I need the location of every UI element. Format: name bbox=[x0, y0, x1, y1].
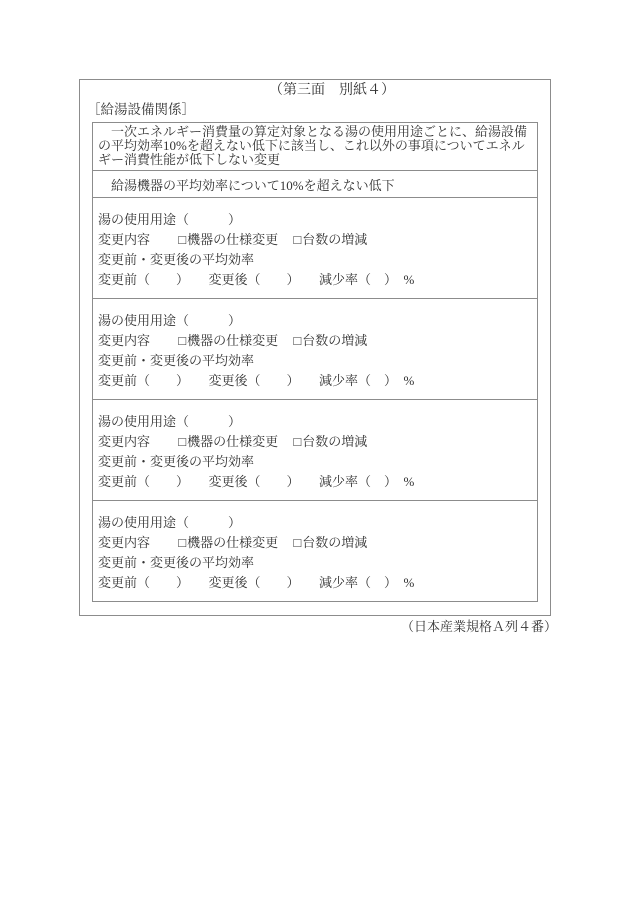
values-line: 変更前（ ） 変更後（ ） 減少率（ ） % bbox=[98, 573, 531, 593]
form-outer-box: （第三面 別紙４） ［給湯設備関係］ 一次エネルギー消費量の算定対象となる湯の使… bbox=[79, 79, 551, 616]
checkbox-icon: □ bbox=[293, 434, 301, 449]
checkbox-option-label: 台数の増減 bbox=[302, 232, 367, 247]
subheading-row: 給湯機器の平均効率について10%を超えない低下 bbox=[93, 171, 537, 198]
checkbox-option-label: 機器の仕様変更 bbox=[187, 535, 278, 550]
change-entry-block: 湯の使用用途（ ） 変更内容 □機器の仕様変更 □台数の増減 変更前・変更後の平… bbox=[93, 501, 537, 601]
efficiency-line: 変更前・変更後の平均効率 bbox=[98, 250, 531, 270]
checkbox-icon: □ bbox=[293, 232, 301, 247]
checkbox-icon: □ bbox=[178, 333, 186, 348]
efficiency-line: 変更前・変更後の平均効率 bbox=[98, 452, 531, 472]
change-content-line: 変更内容 □機器の仕様変更 □台数の増減 bbox=[98, 331, 531, 351]
change-entry-block: 湯の使用用途（ ） 変更内容 □機器の仕様変更 □台数の増減 変更前・変更後の平… bbox=[93, 198, 537, 299]
values-line: 変更前（ ） 変更後（ ） 減少率（ ） % bbox=[98, 472, 531, 492]
checkbox-option-unit-count: □台数の増減 bbox=[293, 333, 367, 348]
checkbox-option-unit-count: □台数の増減 bbox=[293, 434, 367, 449]
checkbox-option-unit-count: □台数の増減 bbox=[293, 232, 367, 247]
paper-size-note: （日本産業規格Ａ列４番） bbox=[401, 619, 557, 634]
change-table: 一次エネルギー消費量の算定対象となる湯の使用用途ごとに、給湯設備の平均効率10%… bbox=[92, 122, 538, 602]
checkbox-option-spec-change: □機器の仕様変更 bbox=[178, 232, 278, 247]
checkbox-option-spec-change: □機器の仕様変更 bbox=[178, 434, 278, 449]
efficiency-line: 変更前・変更後の平均効率 bbox=[98, 351, 531, 371]
usage-line: 湯の使用用途（ ） bbox=[98, 311, 531, 331]
description-row: 一次エネルギー消費量の算定対象となる湯の使用用途ごとに、給湯設備の平均効率10%… bbox=[93, 123, 537, 171]
change-content-label: 変更内容 bbox=[98, 535, 150, 550]
page-title: （第三面 別紙４） bbox=[80, 80, 550, 99]
change-content-line: 変更内容 □機器の仕様変更 □台数の増減 bbox=[98, 432, 531, 452]
checkbox-option-spec-change: □機器の仕様変更 bbox=[178, 535, 278, 550]
section-label: ［給湯設備関係］ bbox=[87, 102, 550, 118]
change-content-label: 変更内容 bbox=[98, 434, 150, 449]
change-entry-block: 湯の使用用途（ ） 変更内容 □機器の仕様変更 □台数の増減 変更前・変更後の平… bbox=[93, 299, 537, 400]
values-line: 変更前（ ） 変更後（ ） 減少率（ ） % bbox=[98, 371, 531, 391]
checkbox-icon: □ bbox=[293, 535, 301, 550]
checkbox-icon: □ bbox=[178, 535, 186, 550]
change-content-line: 変更内容 □機器の仕様変更 □台数の増減 bbox=[98, 533, 531, 553]
checkbox-option-label: 機器の仕様変更 bbox=[187, 434, 278, 449]
page-root: { "icons": { "checkbox": "□" }, "page": … bbox=[0, 0, 630, 903]
checkbox-option-label: 機器の仕様変更 bbox=[187, 333, 278, 348]
change-content-label: 変更内容 bbox=[98, 333, 150, 348]
efficiency-line: 変更前・変更後の平均効率 bbox=[98, 553, 531, 573]
change-entry-block: 湯の使用用途（ ） 変更内容 □機器の仕様変更 □台数の増減 変更前・変更後の平… bbox=[93, 400, 537, 501]
checkbox-option-label: 台数の増減 bbox=[302, 333, 367, 348]
change-content-label: 変更内容 bbox=[98, 232, 150, 247]
usage-line: 湯の使用用途（ ） bbox=[98, 412, 531, 432]
change-content-line: 変更内容 □機器の仕様変更 □台数の増減 bbox=[98, 230, 531, 250]
checkbox-option-label: 機器の仕様変更 bbox=[187, 232, 278, 247]
checkbox-option-unit-count: □台数の増減 bbox=[293, 535, 367, 550]
checkbox-icon: □ bbox=[178, 434, 186, 449]
usage-line: 湯の使用用途（ ） bbox=[98, 210, 531, 230]
checkbox-option-label: 台数の増減 bbox=[302, 535, 367, 550]
values-line: 変更前（ ） 変更後（ ） 減少率（ ） % bbox=[98, 270, 531, 290]
checkbox-icon: □ bbox=[293, 333, 301, 348]
checkbox-option-spec-change: □機器の仕様変更 bbox=[178, 333, 278, 348]
checkbox-icon: □ bbox=[178, 232, 186, 247]
checkbox-option-label: 台数の増減 bbox=[302, 434, 367, 449]
usage-line: 湯の使用用途（ ） bbox=[98, 513, 531, 533]
